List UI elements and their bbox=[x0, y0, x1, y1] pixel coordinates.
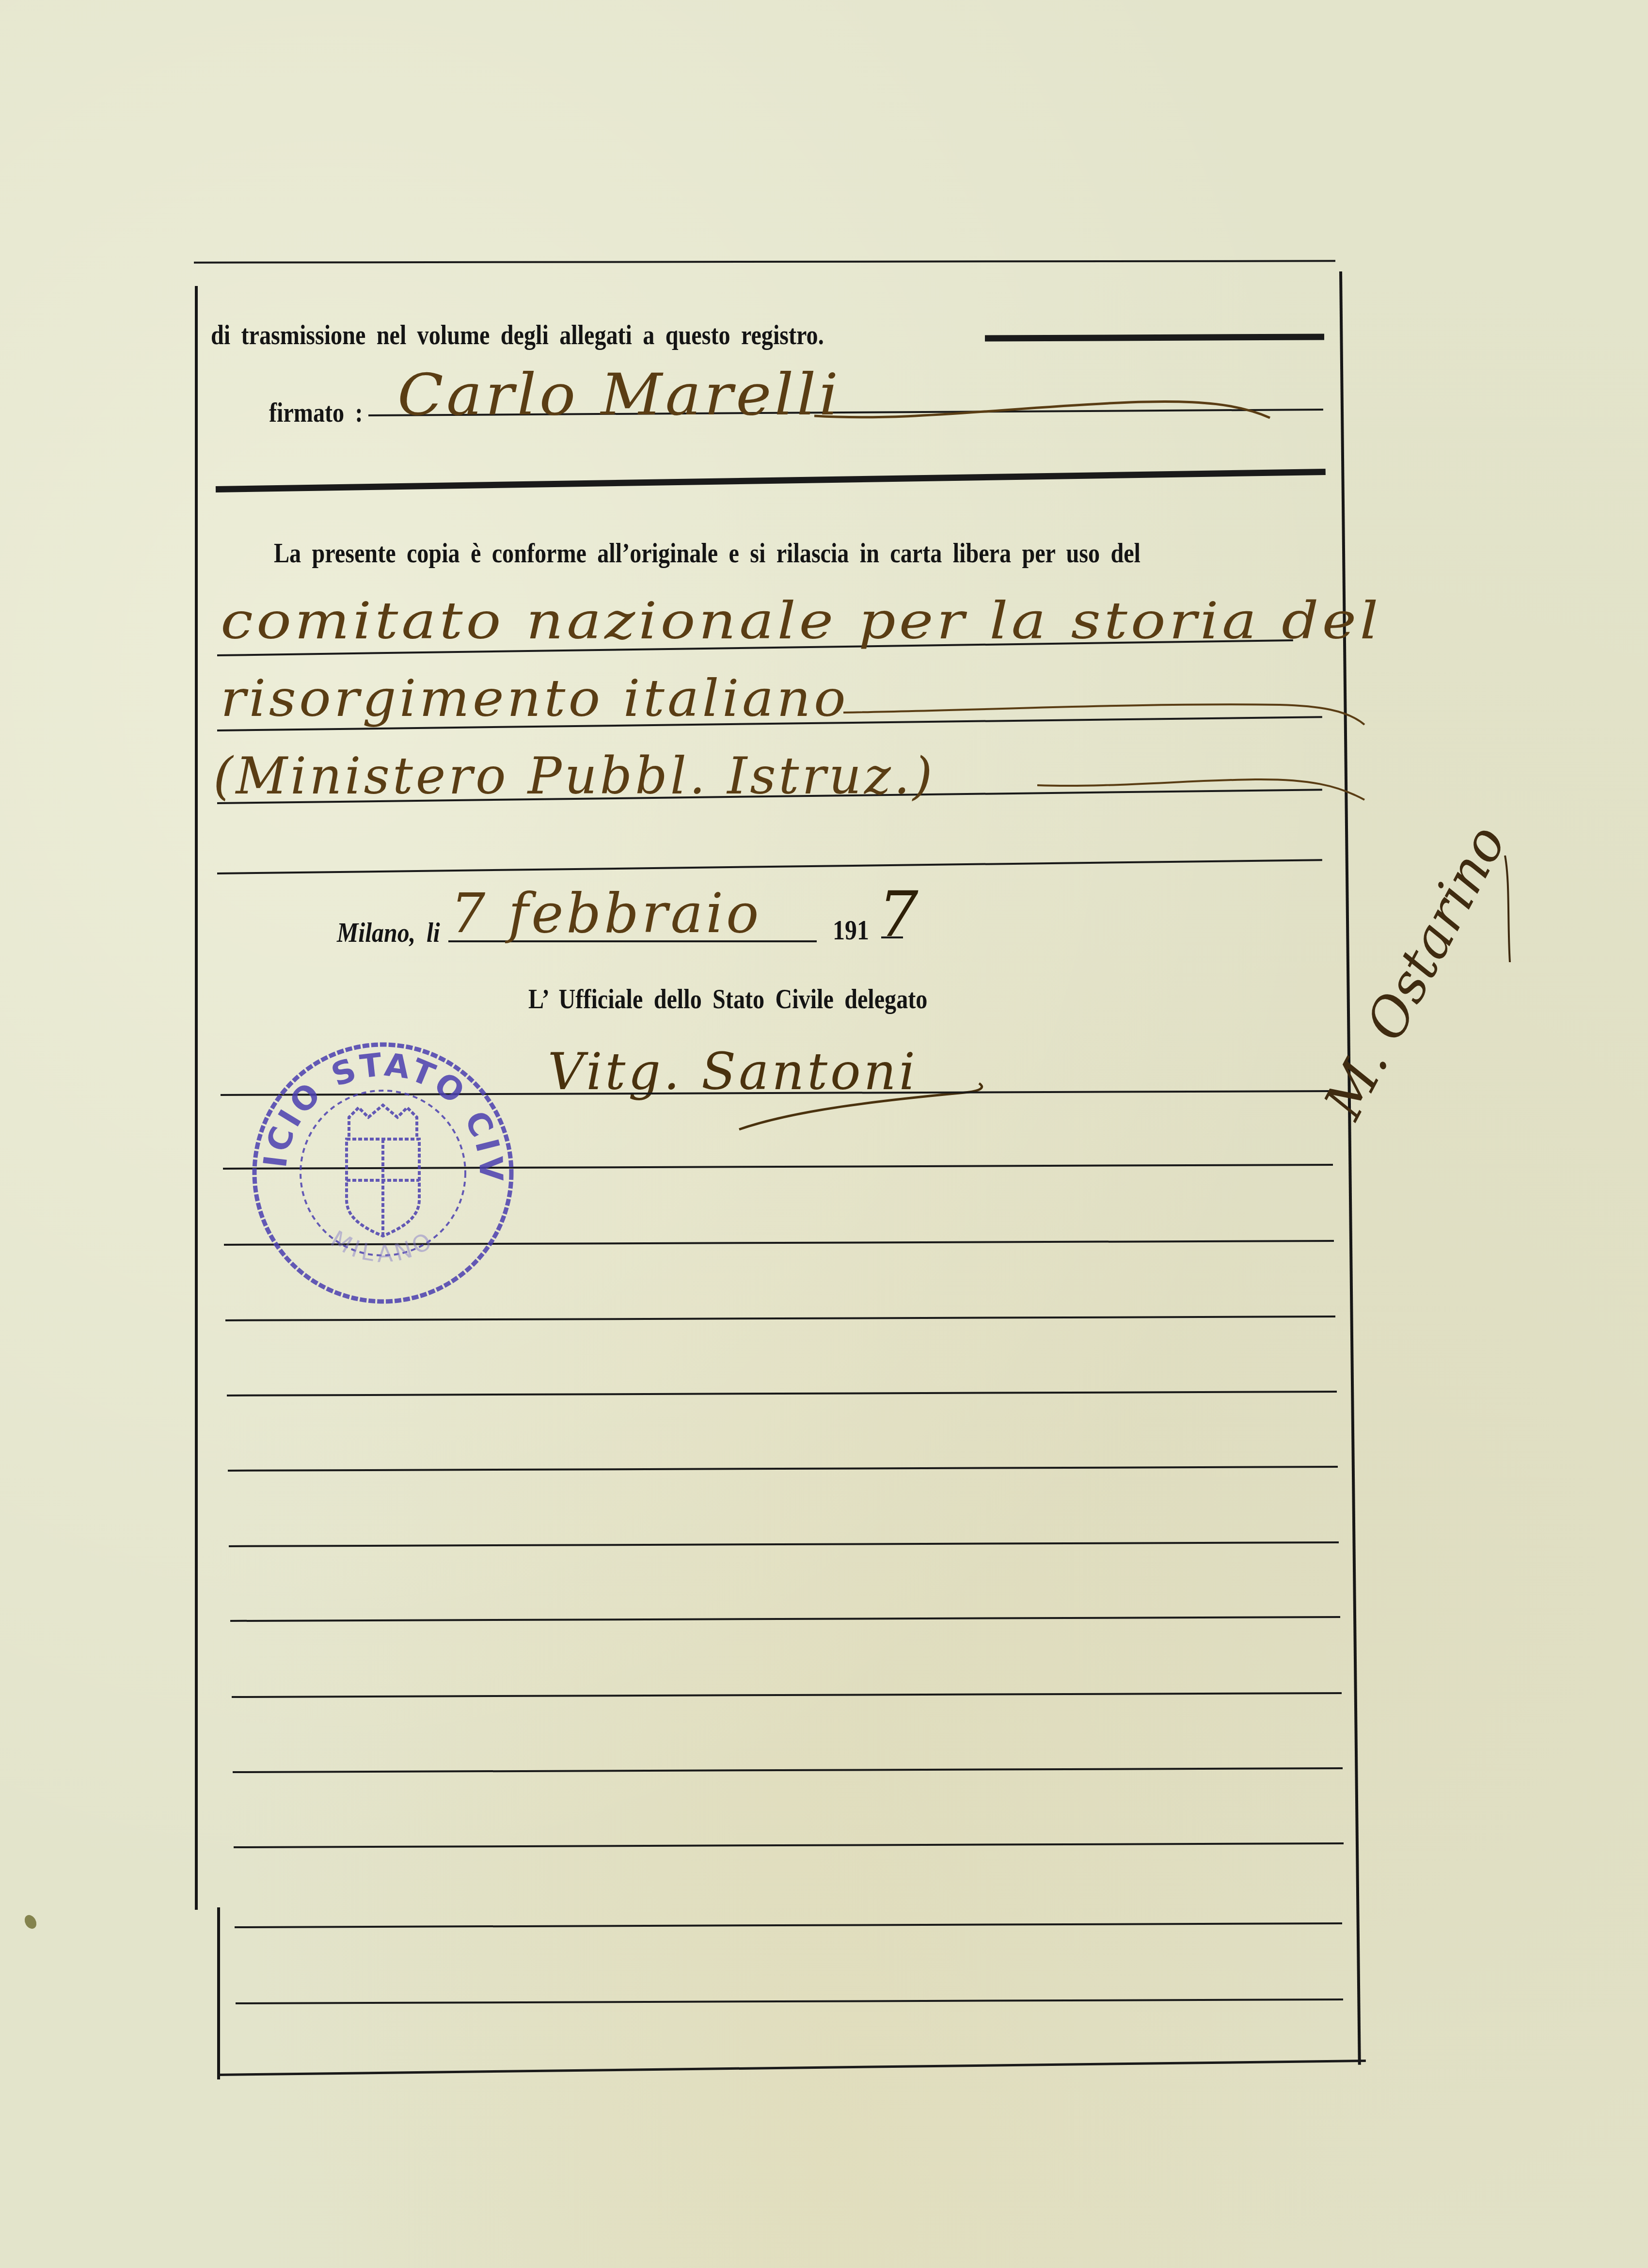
purpose-line-2-flourish bbox=[843, 698, 1367, 732]
section-separator bbox=[216, 469, 1326, 492]
place-label: Milano, li bbox=[337, 916, 440, 949]
ruled-line bbox=[233, 1767, 1343, 1773]
transmission-text: di trasmissione nel volume degli allegat… bbox=[211, 320, 824, 351]
official-title: L’ Ufficiale dello Stato Civile delegato bbox=[528, 984, 927, 1015]
purpose-line-2: risorgimento italiano bbox=[221, 669, 849, 728]
frame-left-border-lower bbox=[217, 1907, 220, 2079]
year-prefix: 191 bbox=[833, 914, 869, 946]
frame-bottom-rule bbox=[218, 2060, 1366, 2076]
ruled-line bbox=[234, 1842, 1344, 1848]
signature-flourish bbox=[814, 388, 1275, 427]
ruled-line bbox=[225, 1316, 1335, 1321]
purpose-rule-4 bbox=[217, 859, 1322, 874]
purpose-line-3: (Ministero Pubbl. Istruz.) bbox=[213, 746, 935, 806]
purpose-line-3-flourish bbox=[1037, 771, 1367, 805]
ruled-line bbox=[230, 1616, 1340, 1622]
frame-top-rule bbox=[194, 260, 1335, 263]
ruled-line bbox=[236, 1998, 1343, 2004]
frame-left-border bbox=[195, 286, 198, 1910]
civil-registry-stamp: UFFICIO STATO CIVILE MILANO bbox=[245, 1035, 521, 1311]
svg-text:MILANO: MILANO bbox=[326, 1225, 440, 1268]
transmission-fill-rule bbox=[985, 333, 1324, 341]
signed-label: firmato : bbox=[269, 397, 363, 428]
ruled-line bbox=[235, 1922, 1342, 1928]
signed-by-handwriting: Carlo Marelli bbox=[397, 361, 841, 428]
official-signature-flourish bbox=[737, 1081, 989, 1134]
ruled-line bbox=[232, 1692, 1342, 1698]
ruled-line bbox=[229, 1541, 1339, 1547]
margin-signature: M. Ostarino bbox=[1312, 815, 1518, 1128]
ruled-line bbox=[228, 1466, 1338, 1472]
crowned-shield-icon bbox=[347, 1105, 419, 1236]
stamp-bottom-text: MILANO bbox=[326, 1225, 440, 1268]
ruled-line bbox=[227, 1391, 1337, 1396]
purpose-line-1: comitato nazionale per la storia del bbox=[221, 591, 1381, 650]
paper-blemish bbox=[22, 1913, 39, 1931]
margin-signature-tail bbox=[1490, 853, 1520, 969]
year-digit-handwritten: 7 bbox=[878, 877, 921, 951]
certification-statement: La presente copia è conforme all’origina… bbox=[274, 538, 1141, 569]
date-handwritten: 7 febbraio bbox=[451, 882, 762, 945]
frame-right-border bbox=[1339, 271, 1361, 2065]
